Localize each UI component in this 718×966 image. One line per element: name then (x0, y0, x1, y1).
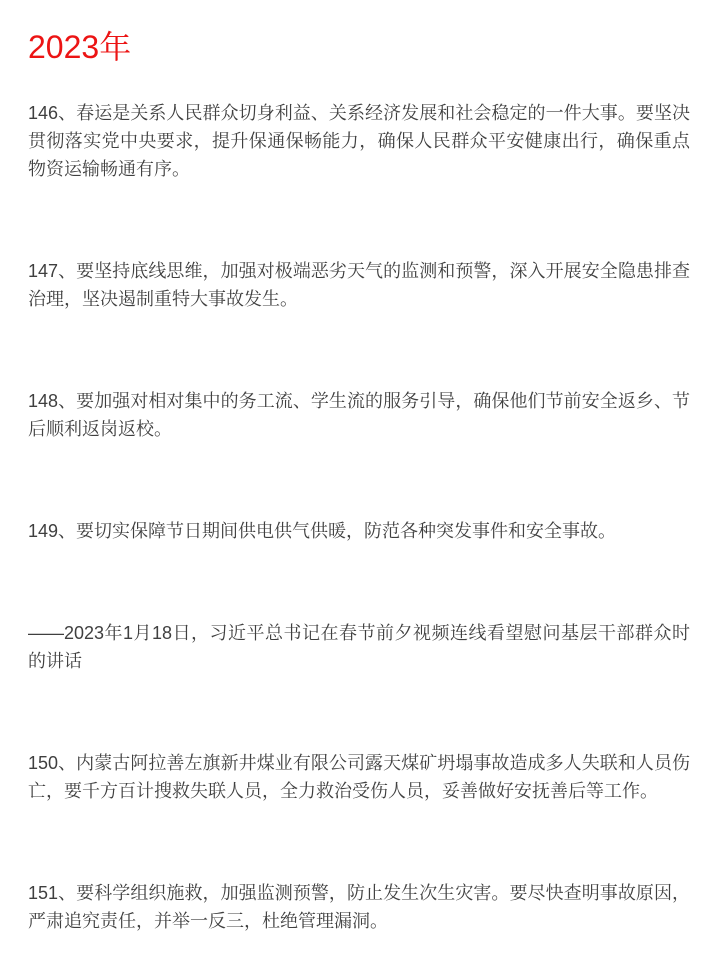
paragraph-150: 150、内蒙古阿拉善左旗新井煤业有限公司露天煤矿坍塌事故造成多人失联和人员伤亡，… (28, 749, 690, 805)
quote-attribution: ——2023年1月18日，习近平总书记在春节前夕视频连线看望慰问基层干部群众时的… (28, 619, 690, 675)
year-heading: 2023年 (28, 30, 690, 65)
article-page: 2023年 146、春运是关系人民群众切身利益、关系经济发展和社会稳定的一件大事… (0, 0, 718, 966)
paragraph-147: 147、要坚持底线思维，加强对极端恶劣天气的监测和预警，深入开展安全隐患排查治理… (28, 257, 690, 313)
paragraph-151: 151、要科学组织施救，加强监测预警，防止发生次生灾害。要尽快查明事故原因，严肃… (28, 879, 690, 935)
paragraph-146: 146、春运是关系人民群众切身利益、关系经济发展和社会稳定的一件大事。要坚决贯彻… (28, 99, 690, 183)
paragraph-149: 149、要切实保障节日期间供电供气供暖，防范各种突发事件和安全事故。 (28, 517, 690, 545)
paragraph-148: 148、要加强对相对集中的务工流、学生流的服务引导，确保他们节前安全返乡、节后顺… (28, 387, 690, 443)
